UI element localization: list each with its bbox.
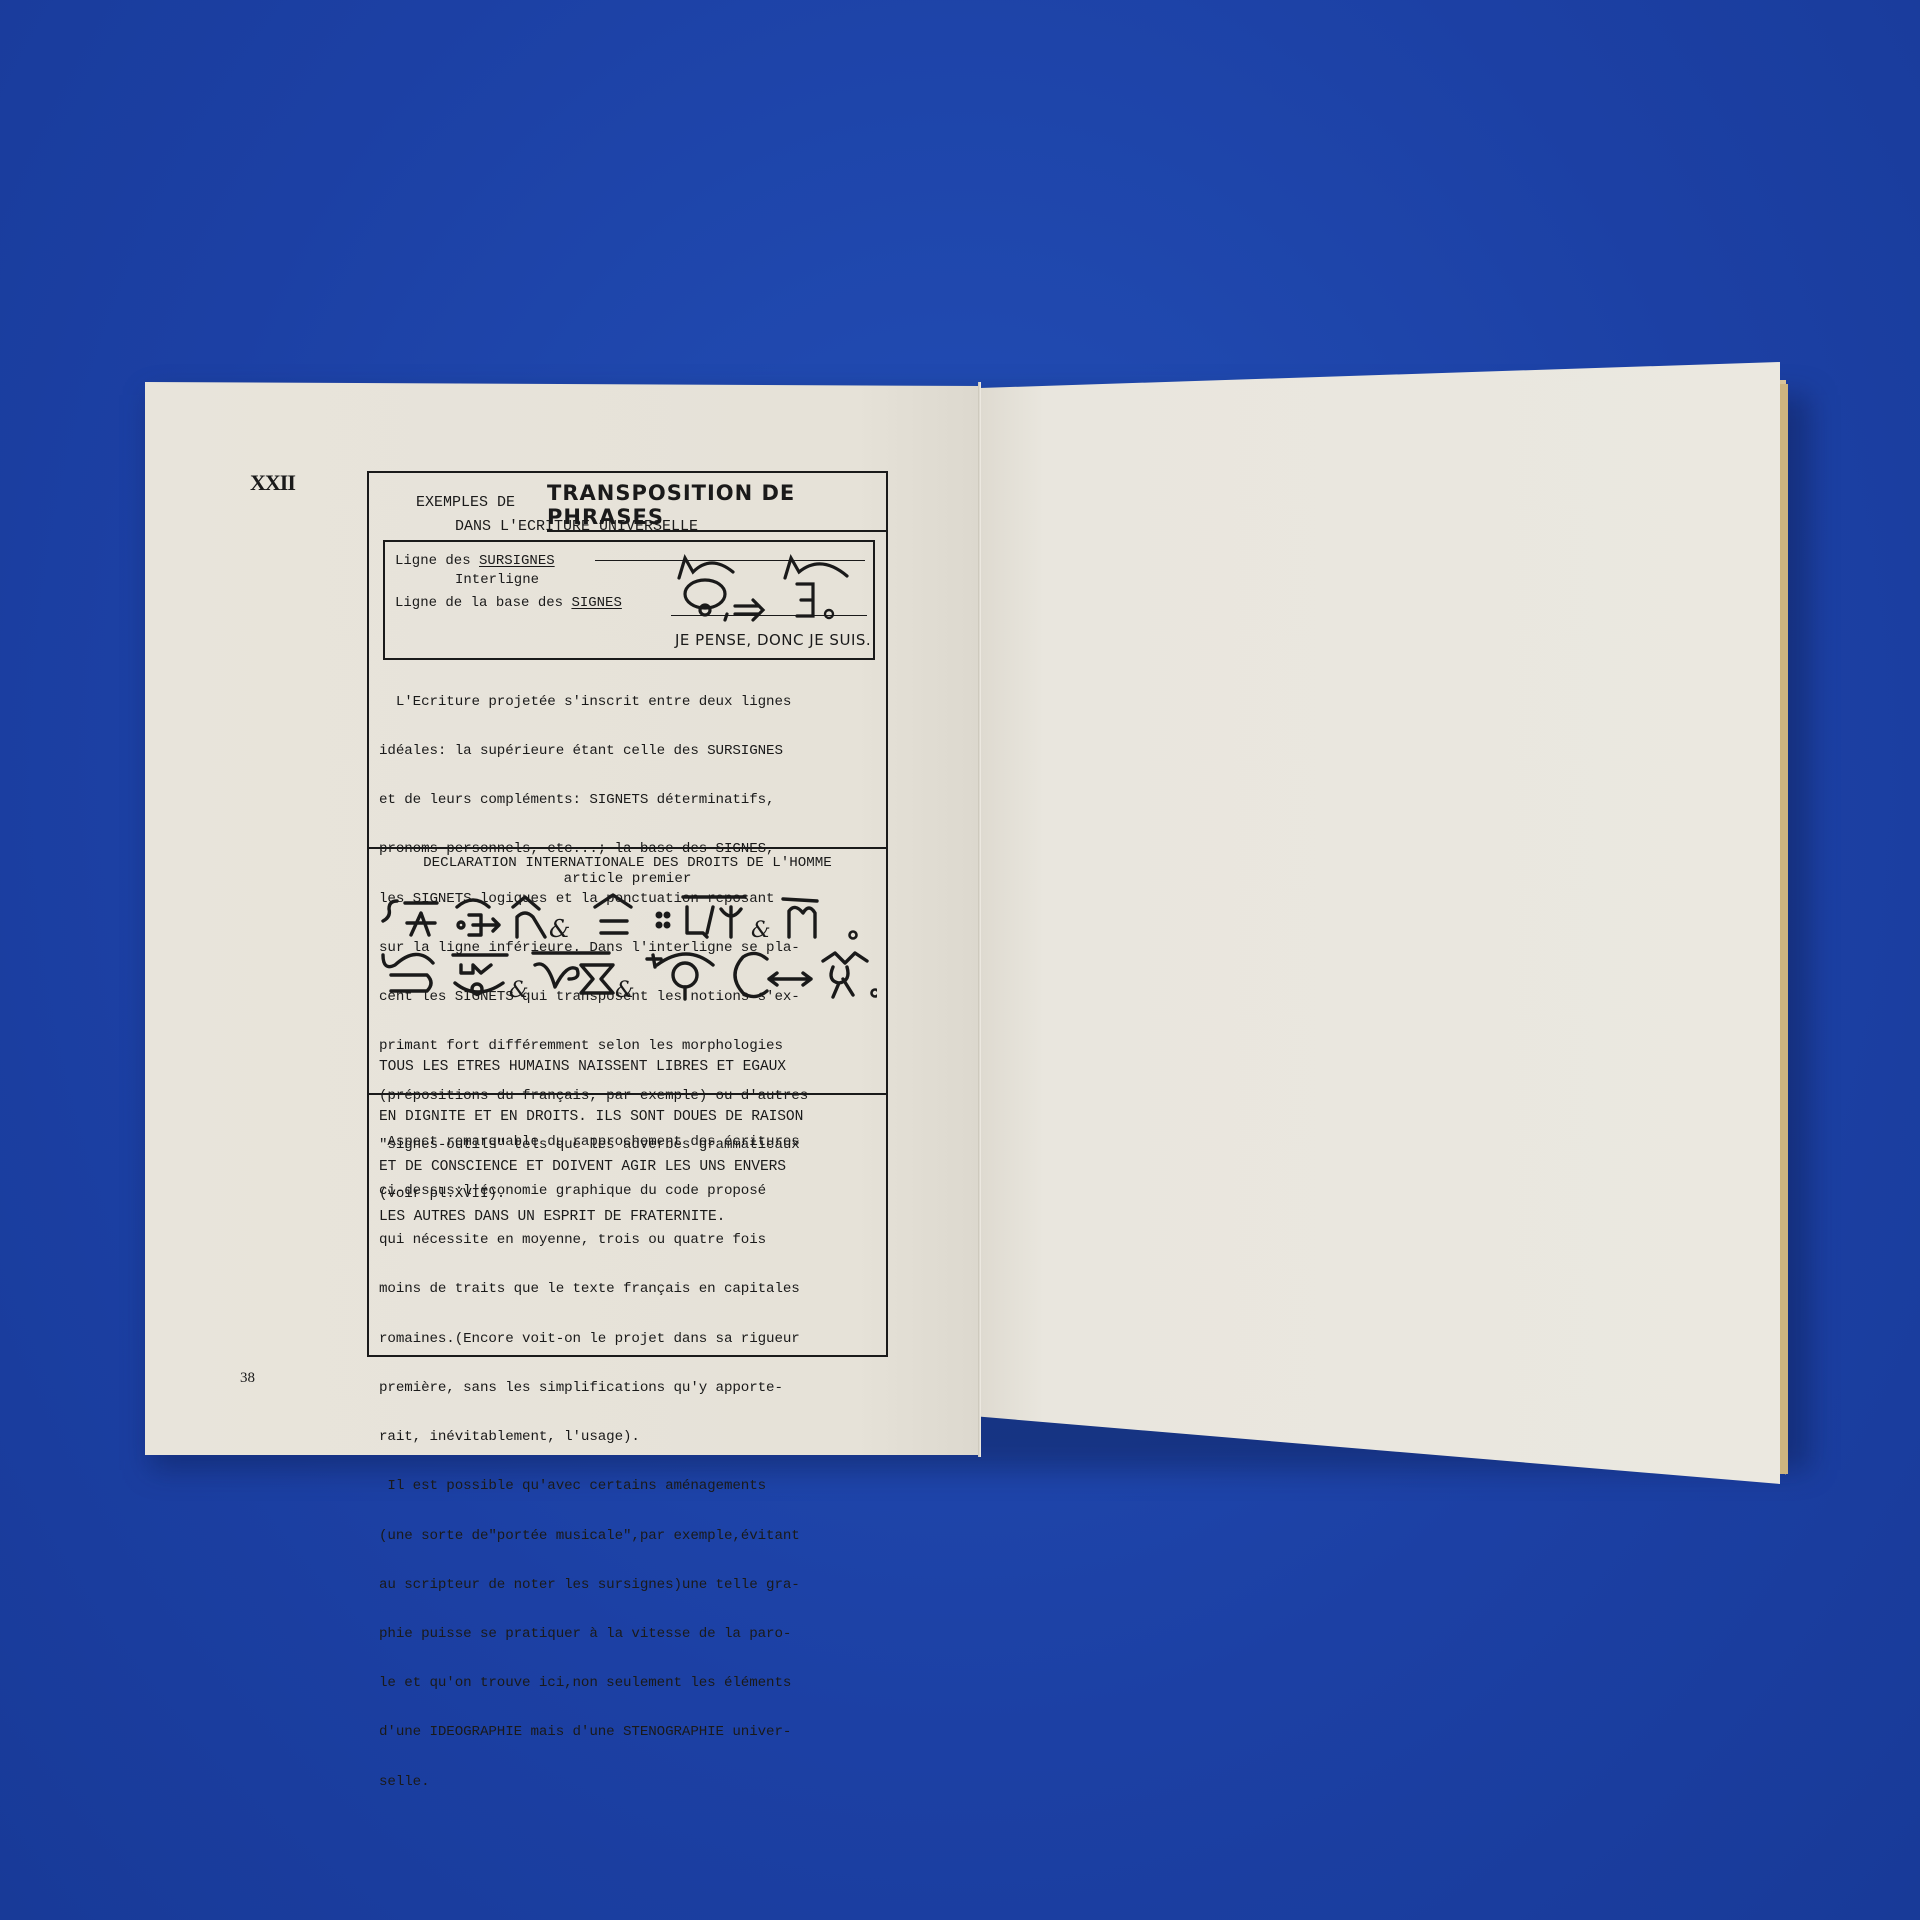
heading-subtitle: DANS L'ECRITURE UNIVERSELLE — [455, 518, 698, 535]
paragraph-line: Aspect remarquable du rapprochement des … — [379, 1134, 884, 1150]
commentary-paragraph: Aspect remarquable du rapprochement des … — [379, 1101, 884, 1823]
page-number: 38 — [240, 1370, 255, 1387]
svg-text:&: & — [751, 918, 771, 943]
paragraph-line: (une sorte de"portée musicale",par exemp… — [379, 1528, 884, 1544]
paragraph-line: rait, inévitablement, l'usage). — [379, 1429, 884, 1445]
right-page-blank — [980, 362, 1780, 1484]
book-spine-gutter — [978, 382, 981, 1457]
page-stack-edge-inner — [1780, 384, 1788, 1474]
label-sursignes-line: Ligne des SURSIGNES — [395, 552, 555, 571]
plate-number: XXII — [250, 470, 295, 496]
paragraph-line: première, sans les simplifications qu'y … — [379, 1380, 884, 1396]
universal-script-declaration-icon: & & & & — [377, 893, 877, 1023]
declaration-title: DECLARATION INTERNATIONALE DES DROITS DE… — [369, 855, 886, 871]
paragraph-line: au scripteur de noter les sursignes)une … — [379, 1577, 884, 1593]
label-interline: Interligne — [455, 571, 539, 590]
section-divider — [369, 1093, 886, 1095]
paragraph-line: qui nécessite en moyenne, trois ou quatr… — [379, 1232, 884, 1248]
paragraph-line: d'une IDEOGRAPHIE mais d'une STENOGRAPHI… — [379, 1724, 884, 1740]
label-emphasis: SIGNES — [571, 595, 621, 611]
universal-script-sentence-icon — [671, 550, 871, 630]
label-signes-base-line: Ligne de la base des SIGNES — [395, 594, 622, 613]
svg-text:&: & — [549, 915, 570, 943]
label-text: Ligne de la base des — [395, 595, 571, 611]
declaration-line: TOUS LES ETRES HUMAINS NAISSENT LIBRES E… — [379, 1059, 884, 1076]
paragraph-line: selle. — [379, 1774, 884, 1790]
paragraph-line: le et qu'on trouve ici,non seulement les… — [379, 1675, 884, 1691]
svg-text:&: & — [509, 978, 529, 1003]
label-emphasis: SURSIGNES — [479, 553, 555, 569]
sentence-caption: JE PENSE, DONC JE SUIS. — [675, 631, 871, 649]
paragraph-line: moins de traits que le texte français en… — [379, 1281, 884, 1297]
declaration-subtitle: article premier — [369, 871, 886, 887]
paragraph-line: ci-dessus:l'économie graphique du code p… — [379, 1183, 884, 1199]
paragraph-line: et de leurs compléments: SIGNETS détermi… — [379, 792, 884, 808]
section-divider — [369, 847, 886, 849]
paragraph-line: idéales: la supérieure étant celle des S… — [379, 743, 884, 759]
plate-frame: EXEMPLES DE TRANSPOSITION DE PHRASES DAN… — [367, 471, 888, 1357]
heading-prefix: EXEMPLES DE — [416, 494, 515, 511]
svg-text:&: & — [615, 978, 635, 1003]
paragraph-line: L'Ecriture projetée s'inscrit entre deux… — [379, 694, 884, 710]
paragraph-line: phie puisse se pratiquer à la vitesse de… — [379, 1626, 884, 1642]
paragraph-line: Il est possible qu'avec certains aménage… — [379, 1478, 884, 1494]
label-text: Ligne des — [395, 553, 479, 569]
line-diagram-box: Ligne des SURSIGNES Interligne Ligne de … — [383, 540, 875, 660]
paragraph-line: romaines.(Encore voit-on le projet dans … — [379, 1331, 884, 1347]
